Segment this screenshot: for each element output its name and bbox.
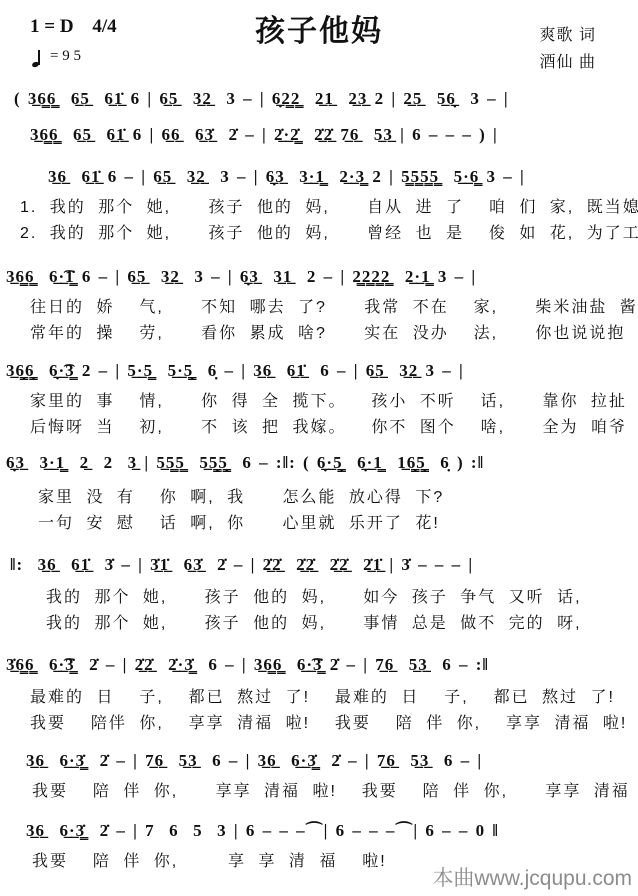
score-header: 1 = D 4/4 = 9 5 孩子他妈 爽歌 词 酒仙 曲	[0, 0, 638, 84]
music-line-4: 3̲6̳6̳ 6̲·̲͡1̳̇ 6 – | 6̲5̲ 3̲2̲ 3 – | 6̲…	[6, 264, 636, 290]
lyric-line-e2: 我的 那个 她, 孩子 他的 妈, 事情 总是 做不 完的 呀,	[46, 612, 636, 636]
lyric-line-e1: 我的 那个 她, 孩子 他的 妈, 如今 孩子 争气 又听 话,	[46, 586, 636, 610]
lyric-line-f2: 我要 陪伴 你, 享享 清福 啦! 我要 陪 伴 你, 享享 清福 啦!	[30, 712, 636, 736]
lyricist-credit: 爽歌 词	[540, 22, 596, 49]
lyric-line-verse1: 1. 我的 那个 她, 孩子 他的 妈, 自从 进 了 咱 们 家, 既当媳妇 …	[20, 196, 636, 220]
sheet-music-page: 1 = D 4/4 = 9 5 孩子他妈 爽歌 词 酒仙 曲 ( 3̲6̳6̳ …	[0, 0, 638, 896]
tempo-marking: = 9 5	[32, 48, 81, 67]
credits: 爽歌 词 酒仙 曲	[540, 22, 596, 76]
music-line-10: 3̲6̲ 6̲·̲3̳̇ 2̇ – | 7 6 5 3 | 6 – – –⌒| …	[26, 818, 636, 844]
lyric-line-b1: 往日的 娇 气, 不知 哪去 了? 我常 不在 家, 柴米油盐 酱 醋 茶,	[30, 296, 636, 320]
music-line-3: 3̲6̲ 6̲1̲̇ 6 – | 6̲5̲ 3̲2̲ 3 – | 6̲̣3̲ 3…	[48, 164, 636, 190]
lyric-line-g1: 我要 陪 伴 你, 享享 清福 啦! 我要 陪 伴 你, 享享 清福 啦!	[32, 780, 636, 804]
music-line-5: 3̲6̳̣6̳̣ 6̲̣·̲͡3̳ 2 – | 5̲·̲5̳ 5̲·̲5̳̣ 6…	[6, 358, 636, 384]
score-body: ( 3̲6̳6̳ 6̲5̲ 6̲1̲̇ 6 | 6̲5̲ 3̲2̲ 3 – | …	[0, 86, 638, 874]
tempo-value: = 9 5	[50, 48, 81, 65]
lyric-line-c1: 家里的 事 情, 你 得 全 揽下。 孩小 不听 话, 靠你 拉扯 大,	[30, 390, 636, 414]
lyric-line-d2: 一句 安 慰 话 啊, 你 心里就 乐开了 花!	[38, 512, 636, 536]
music-line-9: 3̲6̲ 6̲·̲3̳̇ 2̇ – | 7̲6̲ 5̲3̲ 6 – | 3̲6̲…	[26, 748, 636, 774]
lyric-line-c2: 后悔呀 当 初, 不 该 把 我嫁。 你不 图个 啥, 全为 咱爷 俩,	[30, 416, 636, 440]
lyric-line-verse2: 2. 我的 那个 她, 孩子 他的 妈, 曾经 也 是 俊 如 花, 为了工作 …	[20, 222, 636, 246]
music-line-7: ‖: 3̲6̲ 6̲1̲̇ 3̇ – | 3̲̇1̲̇ 6̲3̲̇ 2̇ – |…	[10, 552, 636, 578]
composer-credit: 酒仙 曲	[540, 49, 596, 76]
music-line-1: ( 3̲6̳6̳ 6̲5̲ 6̲1̲̇ 6 | 6̲5̲ 3̲2̲ 3 – | …	[14, 86, 636, 112]
music-line-8: 3̲̇6̳6̳ 6̲·̲͡3̳̇ 2̇ – | 2̲̇2̲̇ 2̲̇·̲3̳̇ …	[6, 652, 636, 678]
music-line-6: 6̲̣3̲ 3̲·̲1̳ 2̲ 2 3̲ | 5̲5̳5̳ 5̲5̳̣5̳̣ 6…	[6, 450, 636, 476]
lyric-line-d1: 家里 没 有 你 啊, 我 怎么能 放心得 下?	[38, 486, 636, 510]
music-line-2: 3̲6̳6̳ 6̲5̲ 6̲1̲̇ 6 | 6̲6̲ 6̲3̲̇ 2̇ – | …	[30, 122, 636, 148]
lyric-line-b2: 常年的 操 劳, 看你 累成 啥? 实在 没办 法, 你也说说抱 怨 话,	[30, 322, 636, 346]
watermark: 本曲www.jcqupu.com	[432, 862, 632, 892]
lyric-line-f1: 最难的 日 子, 都已 熬过 了! 最难的 日 子, 都已 熬过 了!	[30, 686, 636, 710]
quarter-note-icon	[32, 50, 42, 67]
